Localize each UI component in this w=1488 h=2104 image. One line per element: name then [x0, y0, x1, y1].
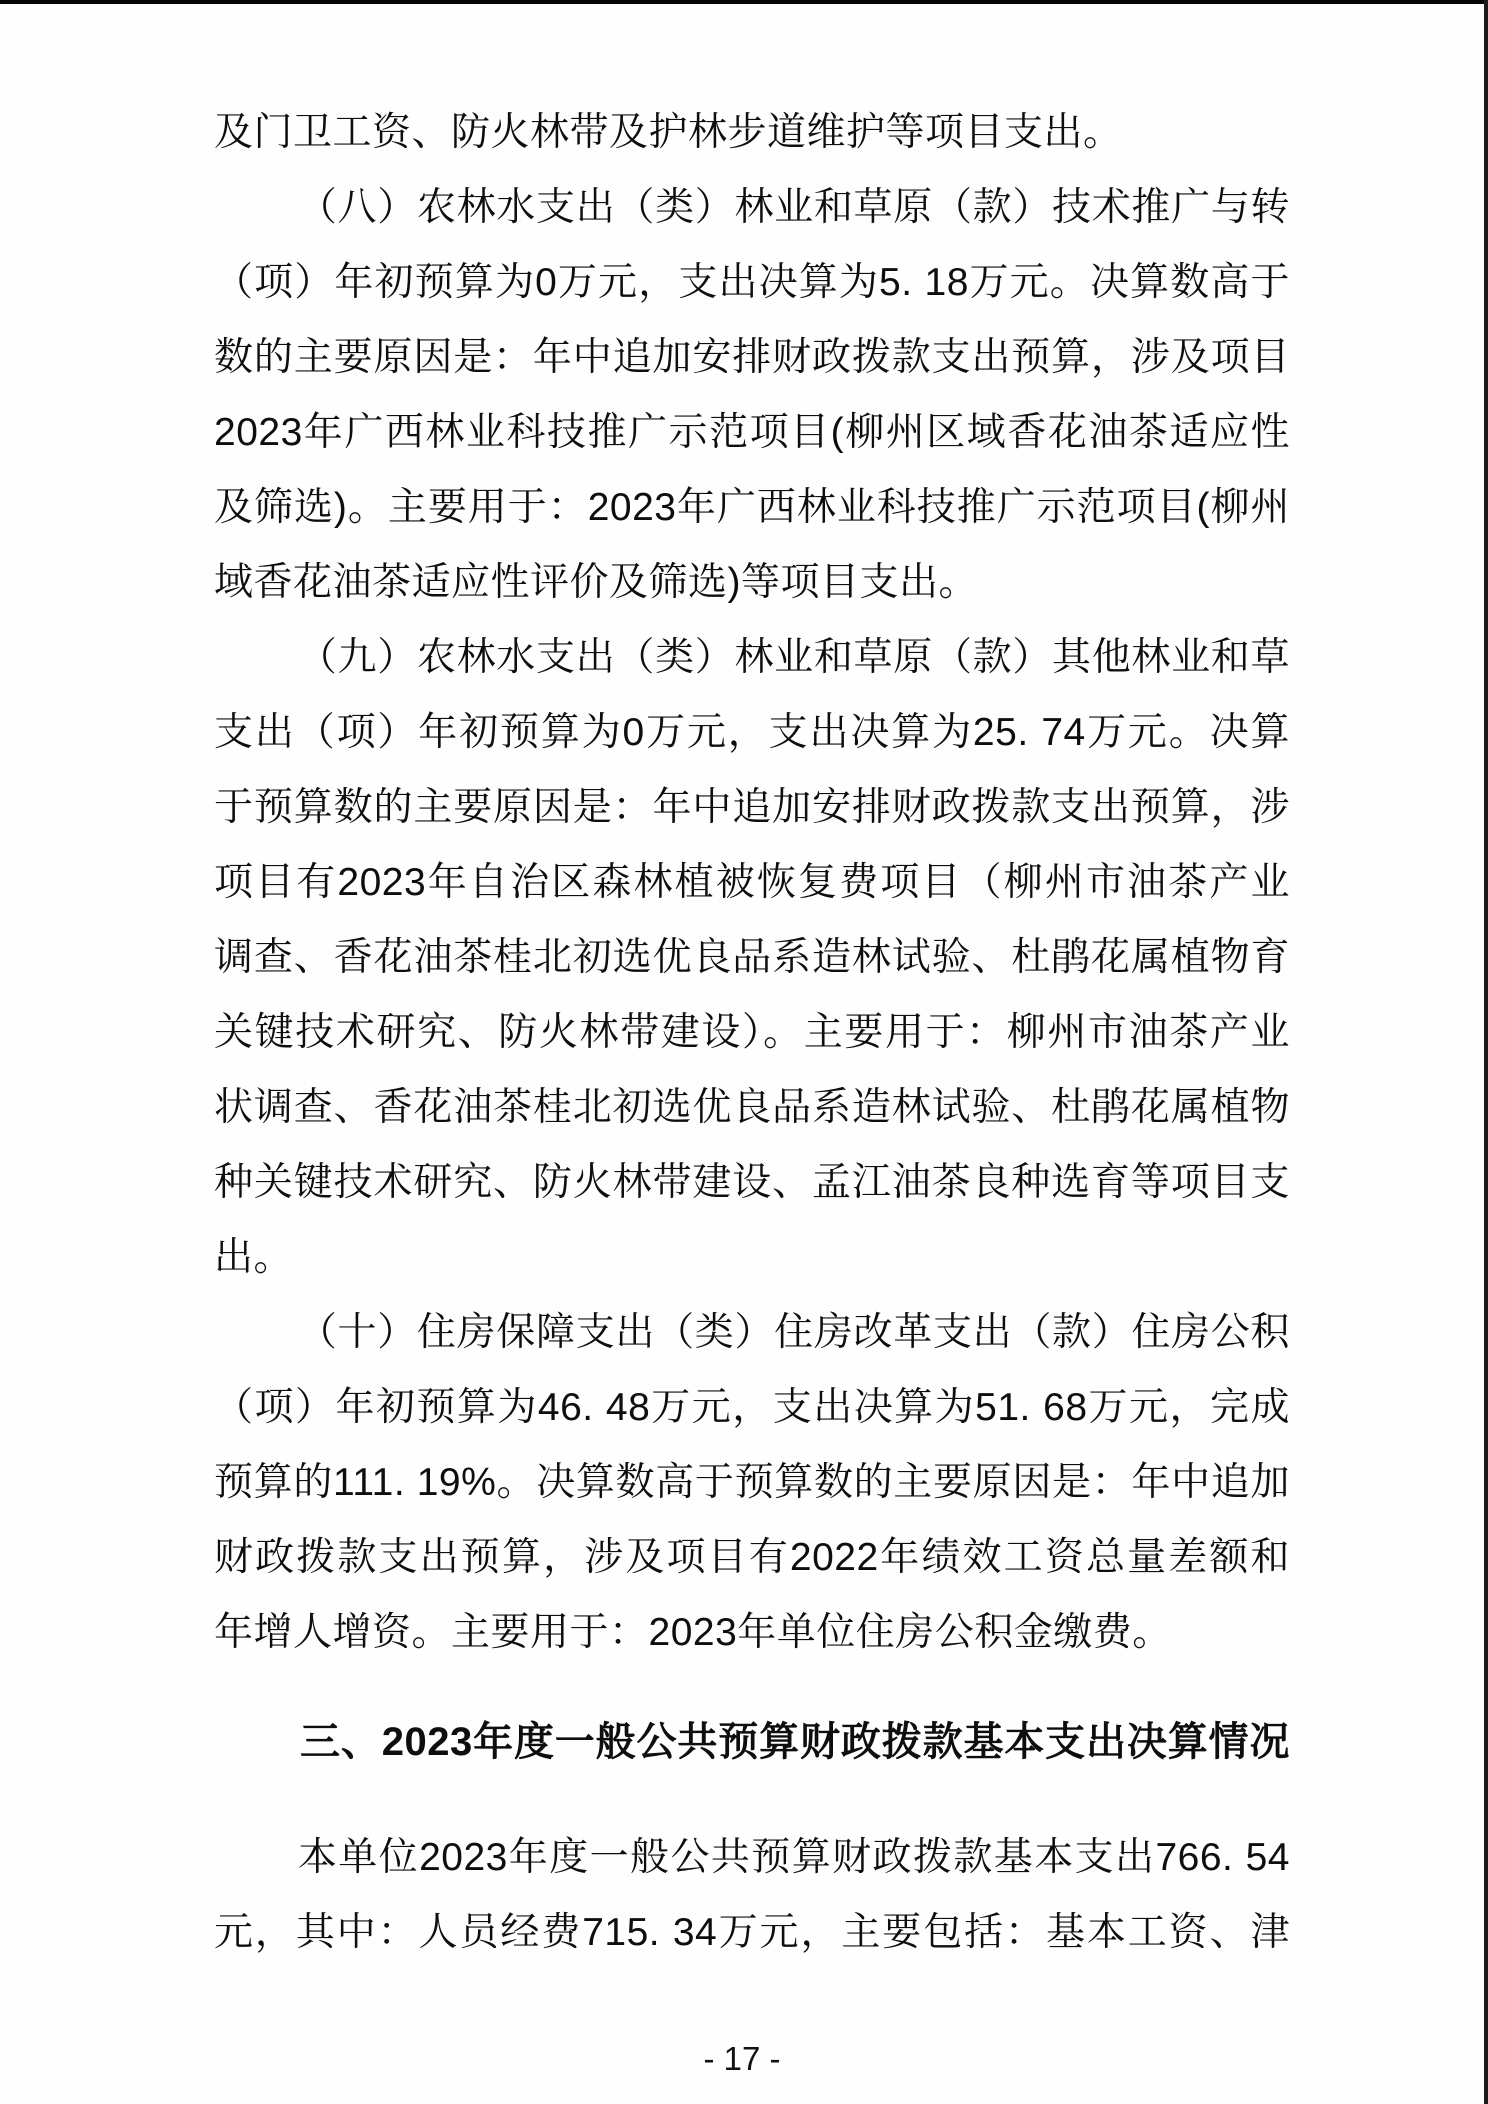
- text-line: 调查、香花油茶桂北初选优良品系造林试验、杜鹃花属植物育种: [214, 920, 1290, 995]
- text-line: （项）年初预算为46. 48万元，支出决算为51. 68万元，完成年初: [214, 1370, 1290, 1445]
- closing-text-block: 本单位2023年度一般公共预算财政拨款基本支出766. 54万 元，其中：人员经…: [214, 1820, 1290, 1970]
- text-line: 关键技术研究、防火林带建设）。主要用于：柳州市油茶产业现: [214, 995, 1290, 1070]
- text-line: 状调查、香花油茶桂北初选优良品系造林试验、杜鹃花属植物育: [214, 1070, 1290, 1145]
- text-line: 种关键技术研究、防火林带建设、孟江油茶良种选育等项目支: [214, 1145, 1290, 1220]
- text-line: （项）年初预算为0万元，支出决算为5. 18万元。决算数高于预算: [214, 245, 1290, 320]
- text-line: 本单位2023年度一般公共预算财政拨款基本支出766. 54万: [214, 1820, 1290, 1895]
- section-heading: 三、2023年度一般公共预算财政拨款基本支出决算情况: [214, 1705, 1290, 1780]
- text-line: （八）农林水支出（类）林业和草原（款）技术推广与转化: [214, 170, 1290, 245]
- text-line: 出。: [214, 1220, 1290, 1295]
- text-line: 及门卫工资、防火林带及护林步道维护等项目支出。: [214, 95, 1290, 170]
- text-line: 2023年广西林业科技推广示范项目(柳州区域香花油茶适应性评价: [214, 395, 1290, 470]
- section-heading-block: 三、2023年度一般公共预算财政拨款基本支出决算情况: [214, 1705, 1290, 1780]
- text-line: 于预算数的主要原因是：年中追加安排财政拨款支出预算，涉及: [214, 770, 1290, 845]
- text-line: 数的主要原因是：年中追加安排财政拨款支出预算，涉及项目有: [214, 320, 1290, 395]
- page-number: - 17 -: [0, 2040, 1484, 2078]
- text-line: 元，其中：人员经费715. 34万元，主要包括：基本工资、津贴补: [214, 1895, 1290, 1970]
- document-page: 及门卫工资、防火林带及护林步道维护等项目支出。 （八）农林水支出（类）林业和草原…: [0, 0, 1488, 2104]
- text-line: 支出（项）年初预算为0万元，支出决算为25. 74万元。决算数高: [214, 695, 1290, 770]
- text-line: 项目有2023年自治区森林植被恢复费项目（柳州市油茶产业现状: [214, 845, 1290, 920]
- text-line: （九）农林水支出（类）林业和草原（款）其他林业和草原: [214, 620, 1290, 695]
- text-line: 预算的111. 19%。决算数高于预算数的主要原因是：年中追加安排: [214, 1445, 1290, 1520]
- text-line: 财政拨款支出预算，涉及项目有2022年绩效工资总量差额和2022: [214, 1520, 1290, 1595]
- text-line: （十）住房保障支出（类）住房改革支出（款）住房公积金: [214, 1295, 1290, 1370]
- text-line: 及筛选)。主要用于：2023年广西林业科技推广示范项目(柳州区: [214, 470, 1290, 545]
- text-line: 域香花油茶适应性评价及筛选)等项目支出。: [214, 545, 1290, 620]
- text-line: 年增人增资。主要用于：2023年单位住房公积金缴费。: [214, 1595, 1290, 1670]
- scan-edge-top: [0, 0, 1488, 4]
- scan-edge-right: [1484, 0, 1488, 2104]
- body-text-block: 及门卫工资、防火林带及护林步道维护等项目支出。 （八）农林水支出（类）林业和草原…: [214, 95, 1290, 1670]
